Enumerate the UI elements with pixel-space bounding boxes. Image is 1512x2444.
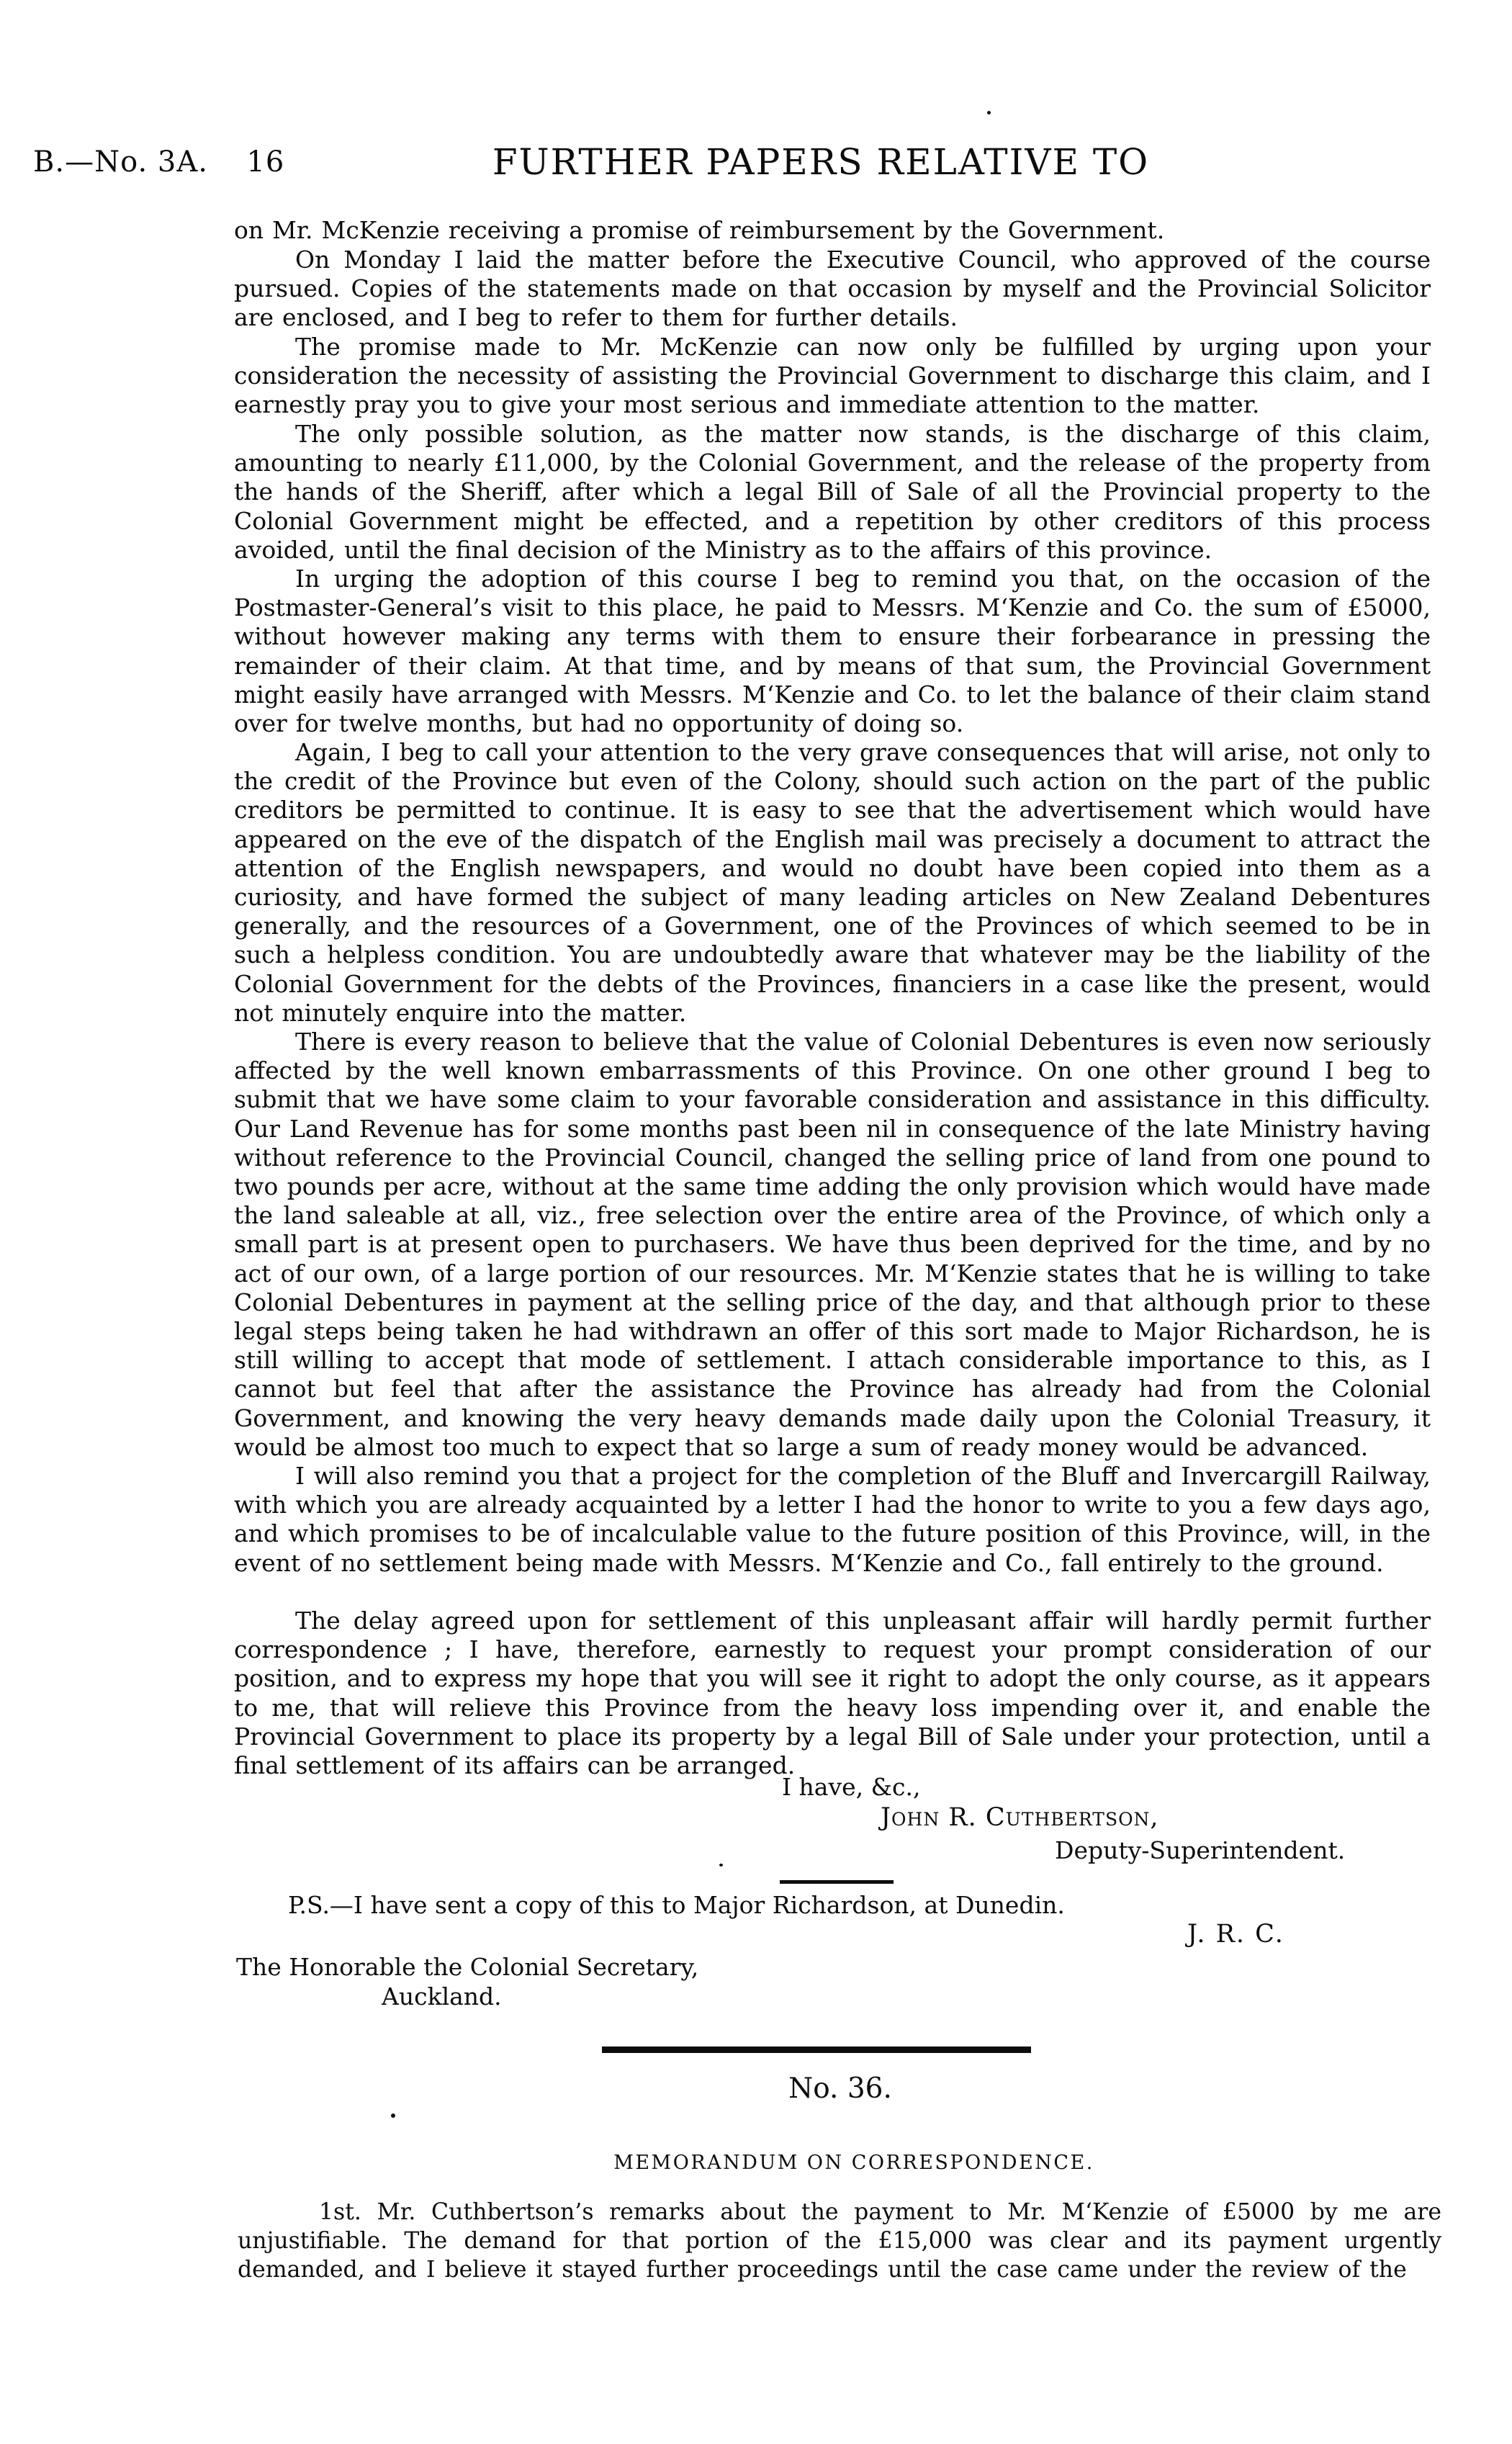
letter-paragraph: The only possible solution, as the matte… [234,420,1431,565]
scanned-document-page: B.—No. 3A. 16 FURTHER PAPERS RELATIVE TO… [0,0,1512,2444]
letter-paragraph: On Monday I laid the matter before the E… [234,246,1431,333]
page-number: 16 [246,145,284,179]
addressee-city: Auckland. [382,1982,502,2011]
running-title: FURTHER PAPERS RELATIVE TO [492,141,1149,183]
letter-paragraph: The delay agreed upon for settlement of … [234,1607,1431,1780]
letter-paragraph: In urging the adoption of this course I … [234,565,1431,738]
letter-paragraph: Again, I beg to call your attention to t… [234,738,1431,1028]
memo-title: MEMORANDUM ON CORRESPONDENCE. [613,2152,1094,2174]
letter-paragraph: The promise made to Mr. McKenzie can now… [234,333,1431,420]
paper-code: B.—No. 3A. 16 [33,145,284,179]
ink-speck [391,2113,395,2118]
memo-number-heading: No. 36. [788,2072,892,2105]
paper-code-text: B.—No. 3A. [33,145,208,179]
ink-speck [987,111,991,114]
postscript-initials: J. R. C. [1187,1920,1284,1949]
divider-thick [602,2047,1031,2053]
signature-title: Deputy-Superintendent. [1055,1836,1345,1864]
memo-paragraph: 1st. Mr. Cuthbertson’s remarks about the… [238,2198,1441,2284]
continuation-line: on Mr. McKenzie receiving a promise of r… [234,216,1431,245]
ink-speck [719,1864,723,1866]
valediction: I have, &c., [782,1773,920,1801]
divider-short [780,1880,894,1884]
addressee-line: The Honorable the Colonial Secretary, [236,1953,698,1981]
signature: John R. Cuthbertson, [881,1803,1159,1832]
letter-paragraph: There is every reason to believe that th… [234,1028,1431,1462]
letter-paragraph: I will also remind you that a project fo… [234,1462,1431,1578]
postscript: P.S.—I have sent a copy of this to Major… [288,1891,1065,1919]
